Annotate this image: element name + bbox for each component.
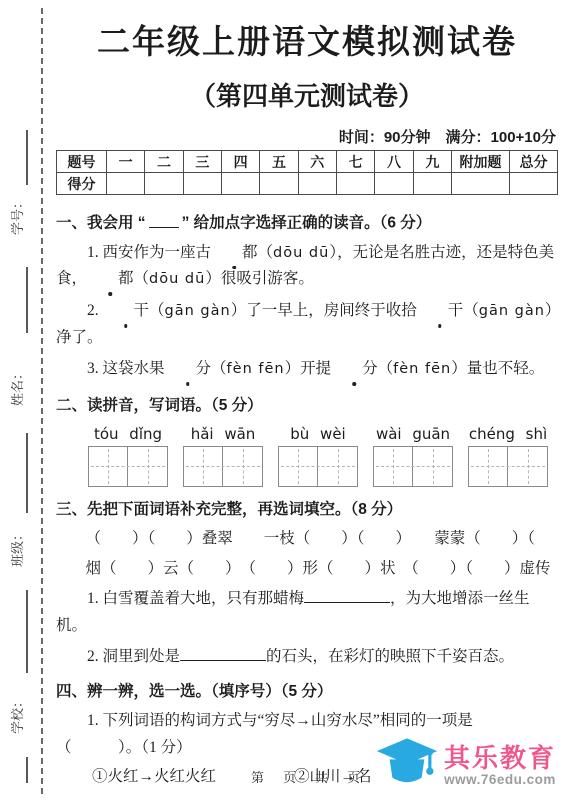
grid-cell (184, 447, 223, 486)
brand-text: 其乐教育 www.76edu.com (444, 744, 556, 788)
question-item-1-3: 3. 这袋水果分（fèn fēn）开提分（fèn fēn）量也不轻。 (56, 356, 558, 383)
grid-cell (128, 447, 167, 486)
score-table-score-row: 得分 (57, 173, 558, 195)
fill-item-3-1: 1. 白雪覆盖着大地，只有那蜡梅，为大地增添一丝生机。 (56, 586, 558, 639)
writing-grid (88, 446, 168, 487)
dotted-char: 都 (211, 240, 258, 267)
dotted-char: 干 (417, 298, 464, 325)
grid-cell (469, 447, 508, 486)
brand-logo: 其乐教育 www.76edu.com (373, 733, 558, 798)
pinyin-writing-row: tóu dǐng hǎi wān bù wèi wài guān chéng s… (56, 425, 558, 487)
writing-grid (468, 446, 548, 487)
dotted-char: 分 (165, 356, 212, 383)
dotted-char: 干 (103, 298, 150, 325)
grid-cell (374, 447, 413, 486)
pinyin-word: wài guān (373, 425, 453, 443)
graduation-cap-icon (375, 735, 439, 796)
student-field-label-name: 姓名： (0, 360, 32, 412)
pinyin-text: fèn fēn (393, 361, 451, 377)
score-cell-empty (336, 173, 374, 195)
score-cell-empty (221, 173, 259, 195)
section-3-heading: 三、先把下面词语补充完整，再选词填空。（8 分） (56, 500, 558, 521)
grid-cell (508, 447, 547, 486)
score-cell-empty (145, 173, 183, 195)
pinyin-text: dōu dū (149, 271, 205, 287)
pinyin-group: chéng shì (468, 425, 548, 487)
score-col: 六 (298, 151, 336, 173)
brand-url: www.76edu.com (444, 772, 556, 787)
section-4-heading: 四、辨一辨，选一选。（填序号）（5 分） (56, 682, 558, 703)
score-table: 题号 一 二 三 四 五 六 七 八 九 附加题 总分 得分 (56, 150, 558, 195)
score-col: 四 (221, 151, 259, 173)
page-subtitle: （第四单元测试卷） (56, 76, 558, 113)
student-field-line (26, 130, 28, 185)
score-cell-empty (298, 173, 336, 195)
word-completion-line-1: （ ）（ ）叠翠 一枝（ ）（ ） 蒙蒙（ ）（ ） (56, 526, 558, 551)
pinyin-group: hǎi wān (183, 425, 263, 487)
grid-cell (279, 447, 318, 486)
answer-blank (180, 647, 266, 662)
score-col: 七 (336, 151, 374, 173)
dotted-char: 分 (331, 356, 378, 383)
student-field-label-class: 班级： (0, 521, 32, 573)
writing-grid (373, 446, 453, 487)
fold-dashed-line (41, 8, 43, 794)
pinyin-text: gān gàn (165, 303, 231, 319)
word-completion-line-2: 烟（ ）云（ ） （ ）形（ ）状 （ ）（ ）虚传 (56, 556, 558, 581)
pinyin-text: dōu dū (273, 245, 329, 261)
writing-grid (183, 446, 263, 487)
grid-cell (223, 447, 262, 486)
pinyin-group: tóu dǐng (88, 425, 168, 487)
answer-blank (304, 588, 390, 603)
grid-cell (413, 447, 452, 486)
score-cell-empty (260, 173, 298, 195)
score-col: 九 (413, 151, 451, 173)
fill-item-3-2: 2. 洞里到处是的石头，在彩灯的映照下千姿百态。 (56, 644, 558, 671)
pinyin-group: wài guān (373, 425, 453, 487)
score-table-corner: 题号 (57, 151, 107, 173)
grid-cell (89, 447, 128, 486)
score-cell-empty (107, 173, 145, 195)
pinyin-word: chéng shì (468, 425, 548, 443)
question-item-1-2: 2. 干（gān gàn）了一早上，房间终于收拾干（gān gàn）净了。 (56, 298, 558, 351)
score-cell-empty (183, 173, 221, 195)
pinyin-text: gān gàn (479, 303, 545, 319)
student-field-line (26, 590, 28, 673)
pinyin-group: bù wèi (278, 425, 358, 487)
page-title: 二年级上册语文模拟测试卷 (56, 16, 558, 63)
student-field-line (26, 267, 28, 333)
pinyin-text: fèn fēn (227, 361, 285, 377)
answer-blank (149, 213, 179, 228)
score-col: 一 (107, 151, 145, 173)
student-field-line (26, 433, 28, 513)
time-info: 时间：90分钟 满分：100+10分 (56, 126, 556, 147)
score-cell-empty (452, 173, 510, 195)
score-col-bonus: 附加题 (452, 151, 510, 173)
score-col: 八 (375, 151, 413, 173)
score-row-label: 得分 (57, 173, 107, 195)
score-col: 二 (145, 151, 183, 173)
section-1-heading: 一、我会用 “” 给加点字选择正确的读音。（6 分） (56, 213, 558, 235)
score-col-total: 总分 (510, 151, 558, 173)
score-col: 五 (260, 151, 298, 173)
section-2-heading: 二、读拼音，写词语。（5 分） (56, 396, 558, 417)
pinyin-word: hǎi wān (183, 425, 263, 443)
score-cell-empty (510, 173, 558, 195)
score-table-header-row: 题号 一 二 三 四 五 六 七 八 九 附加题 总分 (57, 151, 558, 173)
pinyin-word: bù wèi (278, 425, 358, 443)
brand-name: 其乐教育 (444, 744, 556, 773)
question-item-1-1: 1. 西安作为一座古都（dōu dū），无论是名胜古迹，还是特色美食，都（dōu… (56, 240, 558, 293)
writing-grid (278, 446, 358, 487)
student-field-label-school: 学校： (0, 688, 32, 740)
student-field-line (26, 757, 28, 783)
score-col: 三 (183, 151, 221, 173)
student-field-label-number: 学号： (0, 189, 32, 241)
pinyin-word: tóu dǐng (88, 425, 168, 443)
dotted-char: 都 (87, 266, 134, 293)
score-cell-empty (413, 173, 451, 195)
exam-paper: 二年级上册语文模拟测试卷 （第四单元测试卷） 时间：90分钟 满分：100+10… (56, 0, 558, 791)
grid-cell (318, 447, 357, 486)
score-cell-empty (375, 173, 413, 195)
